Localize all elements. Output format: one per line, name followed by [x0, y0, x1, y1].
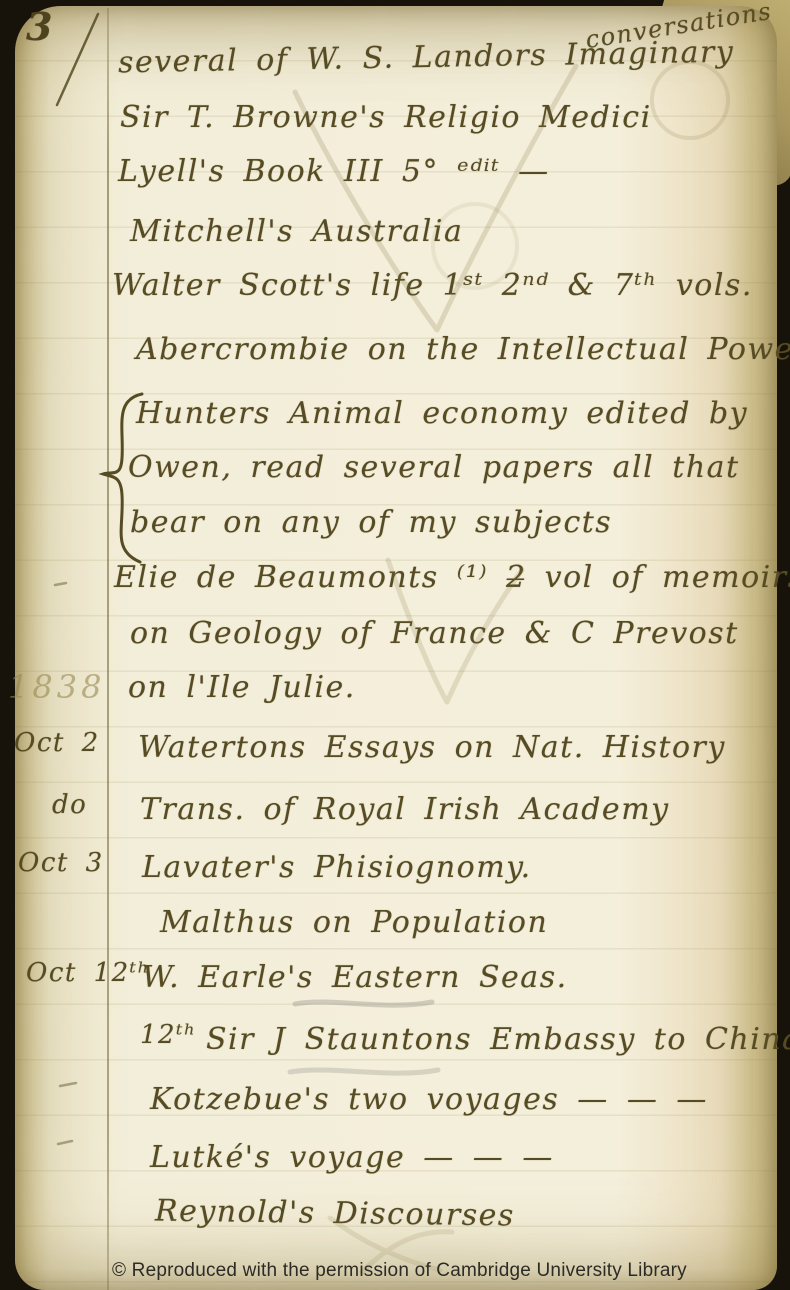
- manuscript-line: Lavater's Phisiognomy.: [142, 850, 532, 885]
- margin-rule-line: [107, 8, 109, 1290]
- manuscript-line: Malthus on Population: [160, 905, 548, 940]
- manuscript-line: Hunters Animal economy edited by: [136, 396, 748, 431]
- manuscript-line: Watertons Essays on Nat. History: [138, 730, 726, 765]
- margin-date: Oct 3: [18, 848, 104, 878]
- manuscript-line: Lyell's Book III 5° ᵉᵈⁱᵗ —: [118, 154, 550, 189]
- manuscript-line: Sir T. Browne's Religio Medici: [120, 100, 652, 135]
- manuscript-line: Kotzebue's two voyages — — —: [150, 1082, 708, 1117]
- manuscript-line: Elie de Beaumonts ⁽¹⁾ 2̶ vol of memoirs: [114, 560, 790, 595]
- manuscript-line: W. Earle's Eastern Seas.: [142, 960, 568, 995]
- margin-date: Oct 2: [14, 728, 100, 758]
- manuscript-line: Mitchell's Australia: [130, 214, 463, 249]
- manuscript-line: on Geology of France & C Prevost: [130, 616, 739, 651]
- manuscript-scan: 3 conversations several of W. S. Landors…: [0, 0, 790, 1290]
- margin-ditto: do: [52, 790, 87, 820]
- manuscript-line: Lutké's voyage — — —: [150, 1140, 554, 1175]
- manuscript-line: Sir J Stauntons Embassy to China: [206, 1022, 790, 1057]
- manuscript-line: bear on any of my subjects: [130, 505, 612, 540]
- manuscript-line: Trans. of Royal Irish Academy: [140, 792, 670, 827]
- copyright-credit: © Reproduced with the permission of Camb…: [112, 1260, 687, 1282]
- manuscript-line: on l'Ile Julie.: [128, 670, 356, 705]
- margin-date: 12ᵗʰ: [140, 1020, 197, 1050]
- page-number: 3: [26, 4, 54, 49]
- manuscript-line: Abercrombie on the Intellectual Powers: [136, 332, 790, 367]
- manuscript-line: Reynold's Discourses: [155, 1193, 515, 1233]
- manuscript-line: Walter Scott's life 1ˢᵗ 2ⁿᵈ & 7ᵗʰ vols.: [112, 268, 753, 303]
- manuscript-line: Owen, read several papers all that: [128, 450, 740, 485]
- margin-year: 1838: [8, 668, 105, 706]
- margin-date: Oct 12ᵗʰ: [26, 958, 150, 988]
